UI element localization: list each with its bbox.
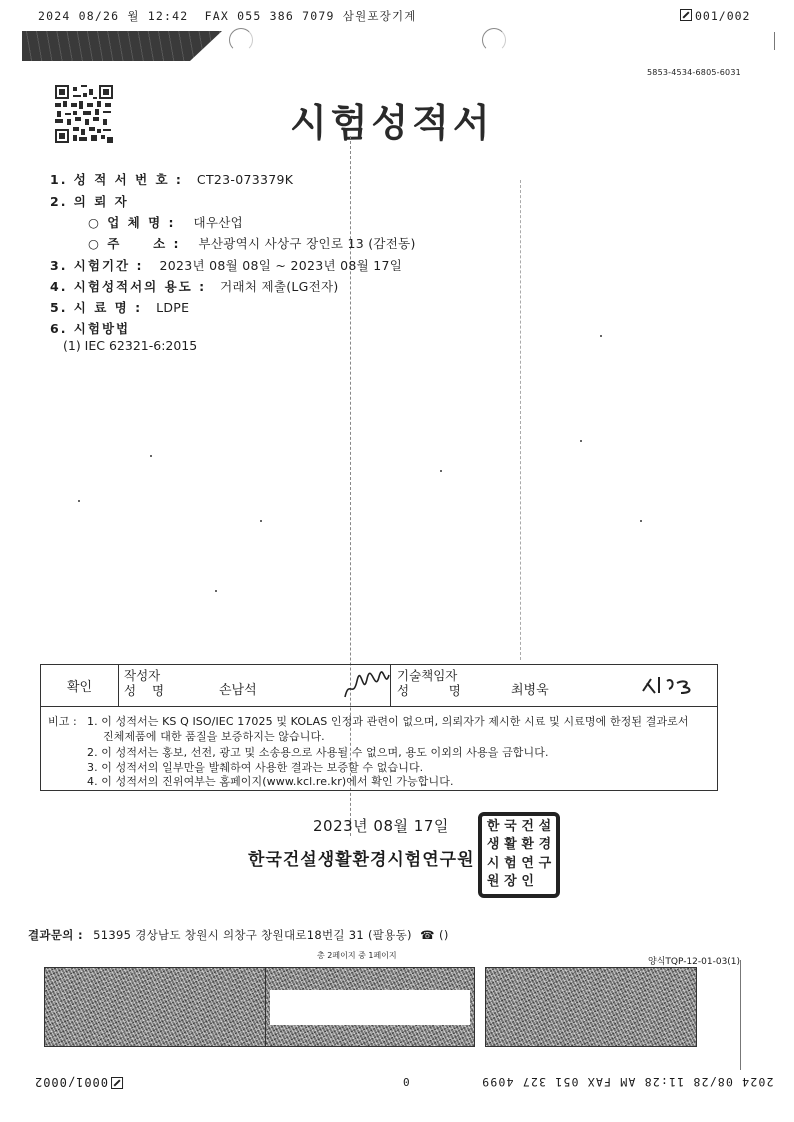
form-code: 양식TQP-12-01-03(1) <box>648 954 740 967</box>
inquiry-address: 51395 경상남도 창원시 의창구 창원대로18번길 31 (팔용동) <box>93 928 412 942</box>
signature-table: 확인 작성자 성 명 손남석 기술책임자 성 명 최병욱 <box>40 664 718 707</box>
scan-speck <box>440 470 442 472</box>
punch-hole <box>482 28 506 52</box>
seal-char: 활 <box>502 837 518 854</box>
field-address: ○ 주 소 : 부산광역시 사상구 장인로 13 (감전동) <box>88 234 416 252</box>
field-test-method: 6. 시험방법 <box>50 319 130 337</box>
scan-edge-line <box>774 32 775 50</box>
organization-name: 한국건설생활환경시험연구원 <box>248 845 475 870</box>
seal-char: 험 <box>502 856 518 873</box>
author-role-label: 작성자 <box>124 669 160 682</box>
seal-char: 한 <box>485 819 501 836</box>
qr-code-icon <box>55 85 113 143</box>
seal-char <box>537 874 553 891</box>
table-divider <box>390 665 391 706</box>
fax-mark-icon <box>111 1077 123 1089</box>
seal-char: 시 <box>485 856 501 873</box>
official-seal-icon: 한 국 건 설 생 활 환 경 시 험 연 구 원 장 인 <box>478 812 560 898</box>
author-signature <box>341 669 391 703</box>
scan-speck <box>215 590 217 592</box>
tech-signature <box>639 673 699 699</box>
seal-char: 국 <box>502 819 518 836</box>
scan-speck <box>580 440 582 442</box>
fax-footer-page-text: 0001/0002 <box>34 1075 108 1089</box>
remark-item: 2. 이 성적서는 홍보, 선전, 광고 및 소송용으로 사용될 수 없으며, … <box>87 744 549 760</box>
fax-footer-page-indicator: 0001/0002 <box>34 1075 123 1089</box>
confirm-label: 확인 <box>41 665 119 706</box>
security-pattern <box>265 967 475 1047</box>
field-value: CT23-073379K <box>197 172 293 187</box>
field-value: 거래처 제출(LG전자) <box>220 279 339 294</box>
field-value: LDPE <box>156 300 189 315</box>
field-test-period: 3. 시험기간 : 2023년 08월 08일 ~ 2023년 08월 17일 <box>50 256 402 274</box>
scan-speck <box>150 455 152 457</box>
seal-char: 원 <box>485 874 501 891</box>
scan-black-bar <box>22 31 222 61</box>
seal-char: 인 <box>520 874 536 891</box>
remarks-label: 비고 : <box>48 713 77 729</box>
inquiry-line: 결과문의 : 51395 경상남도 창원시 의창구 창원대로18번길 31 (팔… <box>28 927 449 943</box>
field-label: ○ 주 소 : <box>88 236 181 251</box>
scan-speck <box>260 520 262 522</box>
fax-header-line: 2024 08/26 월 12:42 FAX 055 386 7079 삼원포장… <box>38 8 417 24</box>
fax-mark-icon <box>680 9 692 21</box>
scan-speck <box>600 335 602 337</box>
fax-footer-line: 2024 08/28 11:28 AM FAX 051 327 4099 <box>481 1075 773 1089</box>
seal-char: 설 <box>537 819 553 836</box>
seal-char: 연 <box>520 856 536 873</box>
scan-speck <box>640 520 642 522</box>
test-method-item: (1) IEC 62321-6:2015 <box>63 338 197 353</box>
field-value: 2023년 08월 08일 ~ 2023년 08월 17일 <box>159 258 402 273</box>
field-label: 1. 성 적 서 번 호 : <box>50 172 183 187</box>
security-pattern <box>44 967 266 1047</box>
field-label: 2. 의 뢰 자 <box>50 194 129 209</box>
remarks-box: 비고 : 1. 이 성적서는 KS Q ISO/IEC 17025 및 KOLA… <box>40 707 718 791</box>
issue-date: 2023년 08월 17일 <box>313 815 449 836</box>
field-value: 대우산업 <box>194 215 244 230</box>
field-purpose: 4. 시험성적서의 용도 : 거래처 제출(LG전자) <box>50 277 339 295</box>
page-title: 시험성적서 <box>290 92 494 147</box>
remark-item: 진체제품에 대한 품질을 보증하지는 않습니다. <box>103 728 325 744</box>
fold-line <box>520 180 521 660</box>
inquiry-label: 결과문의 : <box>28 928 83 942</box>
field-report-number: 1. 성 적 서 번 호 : CT23-073379K <box>50 170 293 188</box>
fax-footer-marker: 0 <box>403 1075 410 1088</box>
field-label: 4. 시험성적서의 용도 : <box>50 279 206 294</box>
field-label: ○ 업 체 명 : <box>88 215 176 230</box>
seal-char: 장 <box>502 874 518 891</box>
tech-name-label: 성 명 <box>397 684 461 697</box>
field-company-name: ○ 업 체 명 : 대우산업 <box>88 213 243 231</box>
document-number: 5853-4534-6805-6031 <box>647 68 741 77</box>
field-label: 3. 시험기간 : <box>50 258 143 273</box>
security-pattern <box>485 967 697 1047</box>
seal-char: 생 <box>485 837 501 854</box>
punch-hole <box>229 28 253 52</box>
field-label: 5. 시 료 명 : <box>50 300 142 315</box>
scan-speck <box>78 500 80 502</box>
field-sample-name: 5. 시 료 명 : LDPE <box>50 298 189 316</box>
seal-char: 환 <box>520 837 536 854</box>
tech-name: 최병욱 <box>511 679 549 698</box>
remark-item: 1. 이 성적서는 KS Q ISO/IEC 17025 및 KOLAS 인정과… <box>87 713 689 729</box>
page-count: 총 2페이지 중 1페이지 <box>317 950 397 961</box>
seal-char: 구 <box>537 856 553 873</box>
remark-item: 4. 이 성적서의 진위여부는 홈페이지(www.kcl.re.kr)에서 확인… <box>87 773 454 789</box>
field-label: 6. 시험방법 <box>50 321 130 336</box>
fax-page-text: 001/002 <box>695 9 750 23</box>
fax-page-indicator: 001/002 <box>680 9 750 23</box>
phone-icon: ☎ <box>420 928 435 942</box>
seal-char: 건 <box>520 819 536 836</box>
author-name: 손남석 <box>219 679 257 698</box>
author-name-label: 성 명 <box>124 684 164 697</box>
seal-char: 경 <box>537 837 553 854</box>
tech-role-label: 기술책임자 <box>397 669 457 682</box>
scan-edge-line <box>740 960 741 1070</box>
field-requester: 2. 의 뢰 자 <box>50 192 129 210</box>
field-value: 부산광역시 사상구 장인로 13 (감전동) <box>199 236 416 251</box>
phone-number: () <box>439 928 449 942</box>
